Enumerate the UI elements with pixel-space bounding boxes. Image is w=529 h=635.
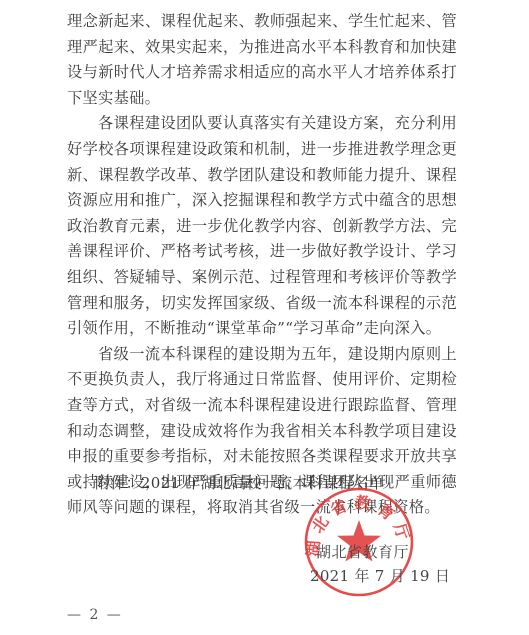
signature-date: 2021 年 7 月 19 日 xyxy=(310,565,450,586)
paragraph-2: 各课程建设团队要认真落实有关建设方案，充分利用好学校各项课程建设政策和机制，进一… xyxy=(67,111,457,341)
signature-organization: 湖北省教育厅 xyxy=(316,541,409,562)
document-body: 理念新起来、课程优起来、教师强起来、学生忙起来、管理严起来、效果实起来，为推进高… xyxy=(67,9,457,521)
page-number: — 2 — xyxy=(67,607,123,623)
paragraph-1: 理念新起来、课程优起来、教师强起来、学生忙起来、管理严起来、效果实起来，为推进高… xyxy=(67,9,457,111)
document-page: 理念新起来、课程优起来、教师强起来、学生忙起来、管理严起来、效果实起来，为推进高… xyxy=(0,0,529,635)
